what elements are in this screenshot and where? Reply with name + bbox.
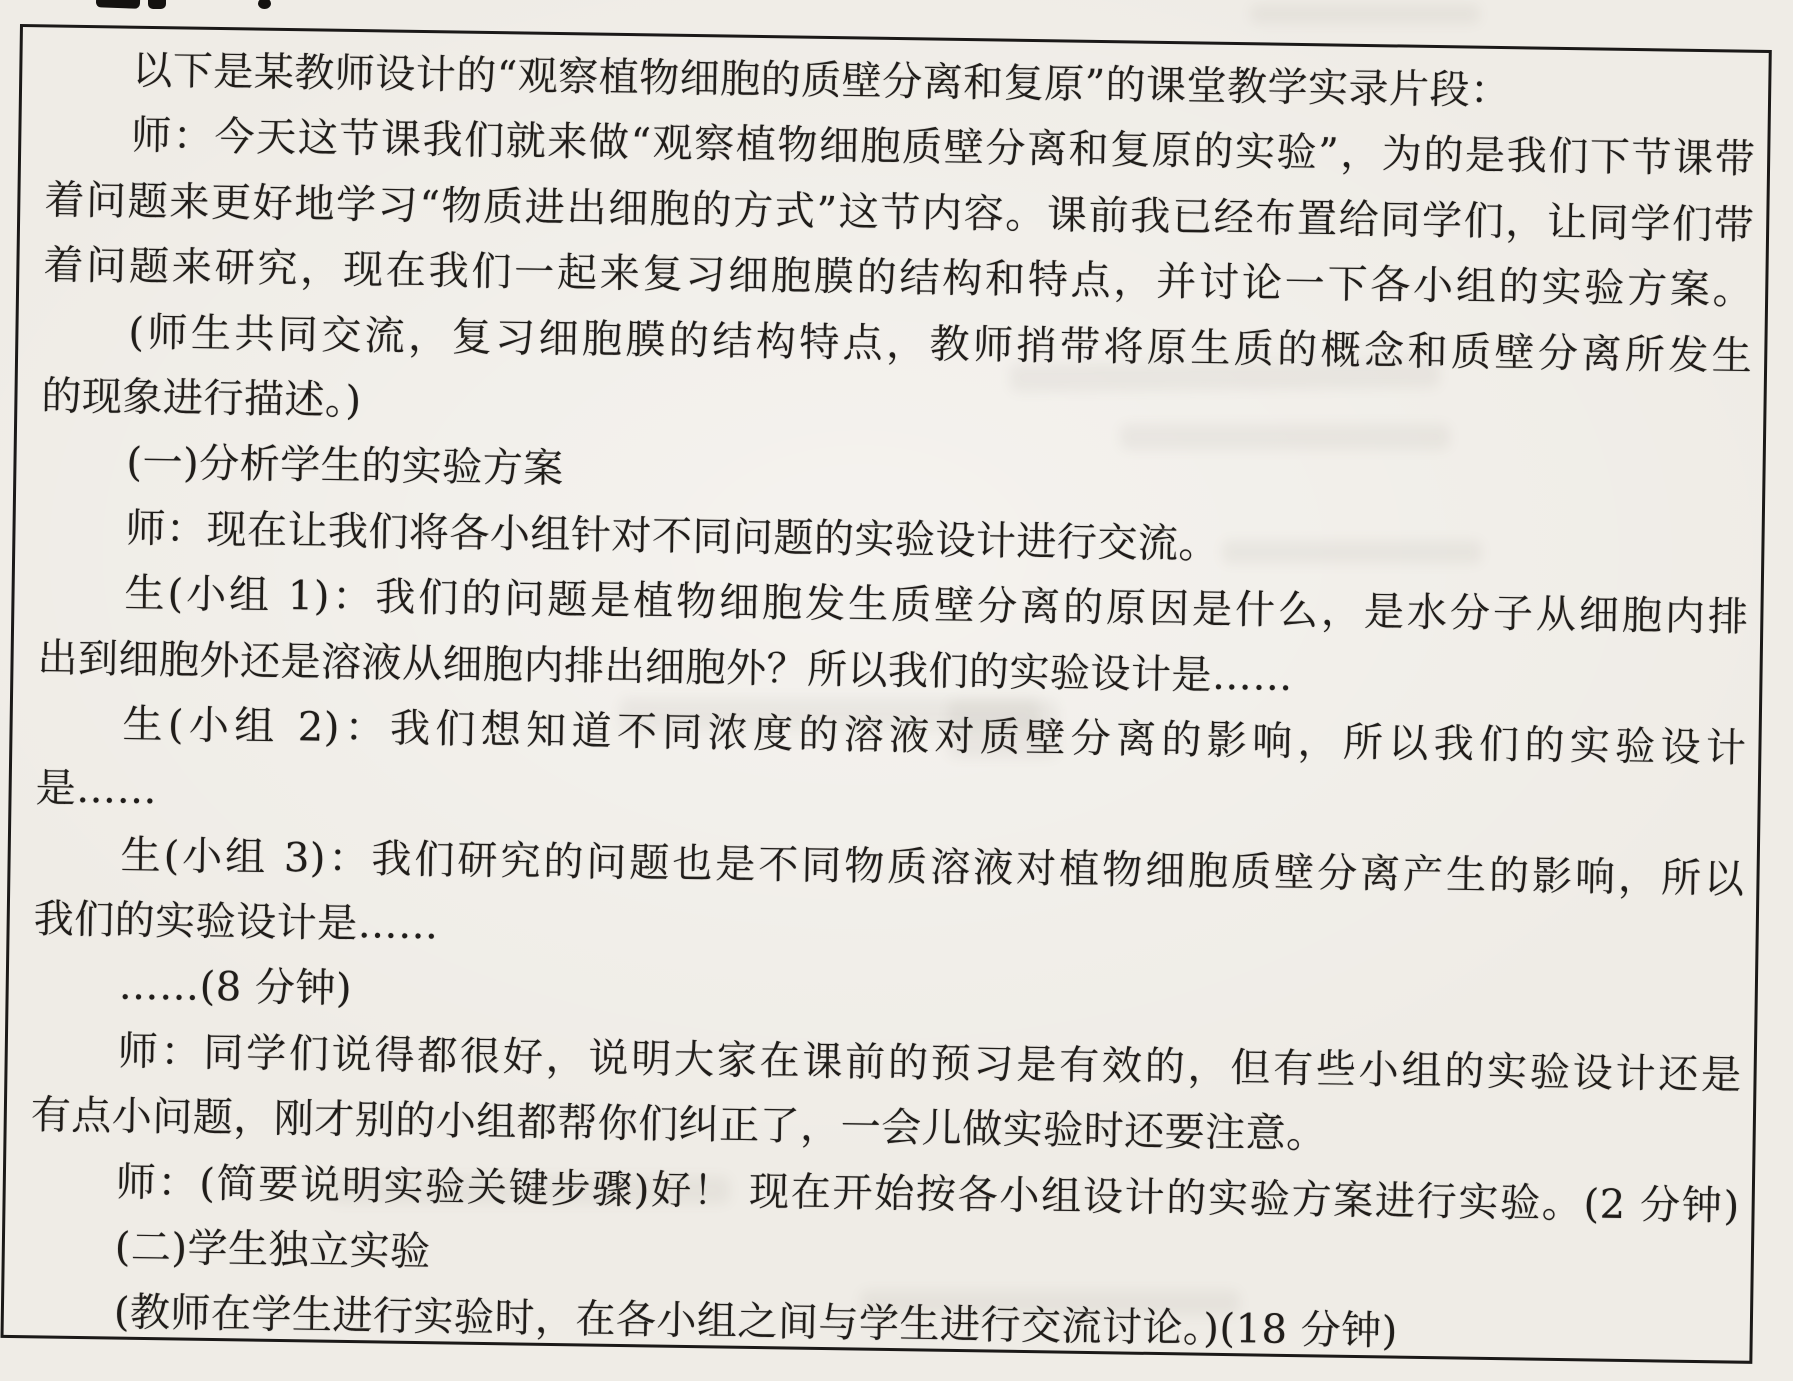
cut-off-glyph-fragment bbox=[96, 0, 140, 9]
content-frame: 以下是某教师设计的“观察植物细胞的质壁分离和复原”的课堂教学实录片段： 师：今天… bbox=[1, 24, 1772, 1364]
cut-off-glyph-fragment bbox=[258, 0, 271, 9]
cut-off-glyph-fragment bbox=[148, 0, 166, 9]
page-background: 以下是某教师设计的“观察植物细胞的质壁分离和复原”的课堂教学实录片段： 师：今天… bbox=[0, 0, 1793, 1381]
bleed-through-smudge bbox=[1250, 4, 1480, 24]
